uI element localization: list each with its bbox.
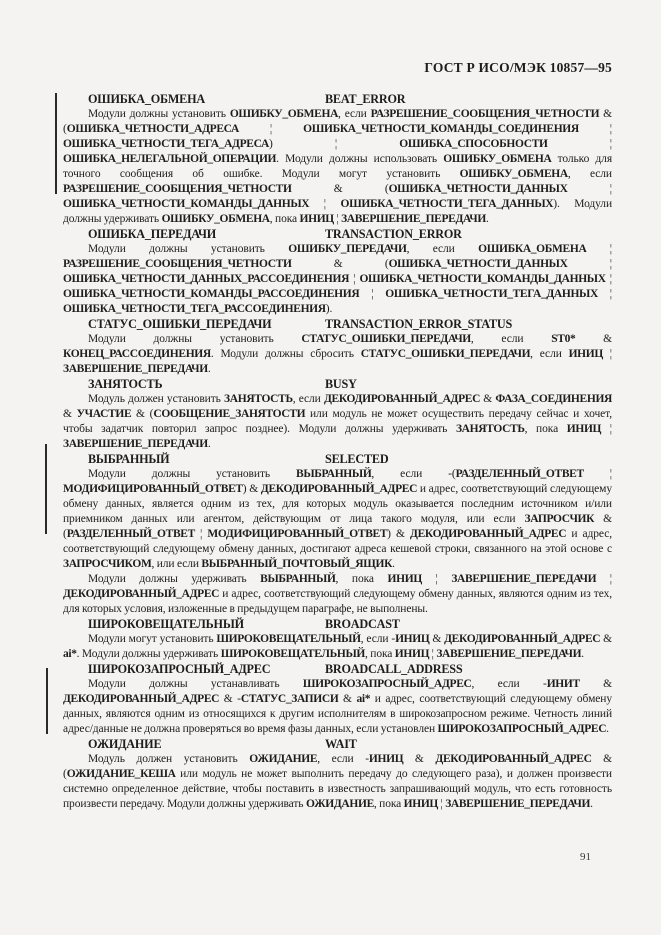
revision-change-bar [46, 668, 48, 734]
term-russian: ЗАНЯТОСТЬ [88, 377, 162, 391]
term-definition-paragraph: Модули должны удерживать ВЫБРАННЫЙ, пока… [63, 572, 612, 617]
term-english: TRANSACTION_ERROR_STATUS [325, 317, 512, 332]
document-page: ГОСТ Р ИСО/МЭК 10857—95 ОШИБКА_ОБМЕНАBEA… [0, 0, 661, 935]
term-english: SELECTED [325, 452, 388, 467]
term-english: TRANSACTION_ERROR [325, 227, 462, 242]
term-definition-paragraph: Модули должны устанавливать ШИРОКОЗАПРОС… [63, 677, 612, 737]
term-section: ШИРОКОЗАПРОСНЫЙ_АДРЕСBROADCALL_ADDRESSМо… [63, 662, 612, 737]
term-section: ЗАНЯТОСТЬBUSYМодуль должен установить ЗА… [63, 377, 612, 452]
term-english: BEAT_ERROR [325, 92, 405, 107]
term-section: ОШИБКА_ПЕРЕДАЧИTRANSACTION_ERRORМодули д… [63, 227, 612, 317]
term-section: СТАТУС_ОШИБКИ_ПЕРЕДАЧИTRANSACTION_ERROR_… [63, 317, 612, 377]
term-section: ОЖИДАНИЕWAITМодуль должен установить ОЖИ… [63, 737, 612, 812]
term-russian: ШИРОКОВЕЩАТЕЛЬНЫЙ [88, 617, 244, 631]
term-russian: ВЫБРАННЫЙ [88, 452, 169, 466]
term-heading: ОШИБКА_ОБМЕНАBEAT_ERROR [63, 92, 612, 107]
term-section: ОШИБКА_ОБМЕНАBEAT_ERRORМодули должны уст… [63, 92, 612, 227]
term-english: BROADCAST [325, 617, 400, 632]
term-heading: ОШИБКА_ПЕРЕДАЧИTRANSACTION_ERROR [63, 227, 612, 242]
term-english: WAIT [325, 737, 357, 752]
term-heading: СТАТУС_ОШИБКИ_ПЕРЕДАЧИTRANSACTION_ERROR_… [63, 317, 612, 332]
term-english: BUSY [325, 377, 357, 392]
term-definition-paragraph: Модули могут установить ШИРОКОВЕЩАТЕЛЬНЫ… [63, 632, 612, 662]
term-russian: СТАТУС_ОШИБКИ_ПЕРЕДАЧИ [88, 317, 271, 331]
sections: ОШИБКА_ОБМЕНАBEAT_ERRORМодули должны уст… [63, 92, 612, 812]
term-definition-paragraph: Модули должны установить ОШИБКУ_ПЕРЕДАЧИ… [63, 242, 612, 317]
revision-change-bar [55, 93, 57, 194]
term-heading: ШИРОКОЗАПРОСНЫЙ_АДРЕСBROADCALL_ADDRESS [63, 662, 612, 677]
term-heading: ШИРОКОВЕЩАТЕЛЬНЫЙBROADCAST [63, 617, 612, 632]
term-heading: ВЫБРАННЫЙSELECTED [63, 452, 612, 467]
term-russian: ШИРОКОЗАПРОСНЫЙ_АДРЕС [88, 662, 270, 676]
term-russian: ОЖИДАНИЕ [88, 737, 161, 751]
page-content: ГОСТ Р ИСО/МЭК 10857—95 ОШИБКА_ОБМЕНАBEA… [63, 60, 612, 812]
term-definition-paragraph: Модули должны установить ОШИБКУ_ОБМЕНА, … [63, 107, 612, 227]
term-definition-paragraph: Модули должны установить ВЫБРАННЫЙ, если… [63, 467, 612, 572]
term-heading: ЗАНЯТОСТЬBUSY [63, 377, 612, 392]
term-section: ШИРОКОВЕЩАТЕЛЬНЫЙBROADCASTМодули могут у… [63, 617, 612, 662]
term-definition-paragraph: Модуль должен установить ОЖИДАНИЕ, если … [63, 752, 612, 812]
revision-change-bar [45, 444, 47, 534]
page-number: 91 [580, 851, 591, 863]
term-english: BROADCALL_ADDRESS [325, 662, 462, 677]
term-russian: ОШИБКА_ПЕРЕДАЧИ [88, 227, 216, 241]
term-definition-paragraph: Модуль должен установить ЗАНЯТОСТЬ, если… [63, 392, 612, 452]
doc-header-standard-number: ГОСТ Р ИСО/МЭК 10857—95 [63, 60, 612, 76]
term-russian: ОШИБКА_ОБМЕНА [88, 92, 205, 106]
term-definition-paragraph: Модули должны установить СТАТУС_ОШИБКИ_П… [63, 332, 612, 377]
term-heading: ОЖИДАНИЕWAIT [63, 737, 612, 752]
term-section: ВЫБРАННЫЙSELECTEDМодули должны установит… [63, 452, 612, 617]
